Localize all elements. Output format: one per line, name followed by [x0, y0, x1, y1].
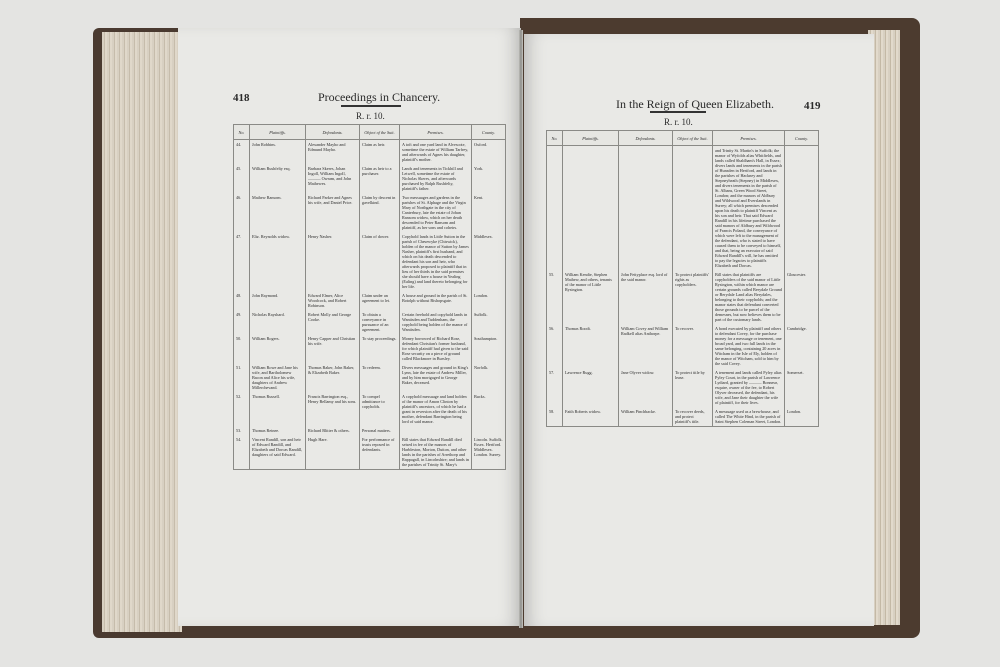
row-number: 55.: [547, 270, 563, 324]
county-cell: Cambridge.: [785, 324, 819, 368]
plaintiffs-cell: Mathew Ransom.: [250, 193, 306, 232]
plaintiffs-cell: Thomas Roodt.: [563, 324, 619, 368]
defendants-cell: John Fettyplace esq. lord of the said ma…: [619, 270, 673, 324]
table-row: 56.Thomas Roodt.William Covey and Willia…: [547, 324, 819, 368]
table-row: 58.Faith Roberts widow.William Pinchback…: [547, 407, 819, 427]
object-cell: Claim under an agreement to let.: [360, 291, 400, 310]
section-mark-left: R. r. 10.: [356, 111, 385, 121]
premises-cell: A messuage used as a brewhouse, and call…: [713, 407, 785, 427]
column-header: Premises.: [400, 125, 472, 140]
page-number-left: 418: [233, 92, 250, 104]
defendants-cell: Thomas Baker, John Baker, & Elizabeth Ba…: [306, 363, 360, 392]
column-header: Object of the Suit.: [360, 125, 400, 140]
object-cell: Claim by descent in gavelkind.: [360, 193, 400, 232]
county-cell: London.: [785, 407, 819, 427]
book-gutter: [519, 30, 523, 628]
defendants-cell: [619, 146, 673, 271]
defendants-cell: Henry Capper and Christian his wife.: [306, 334, 360, 363]
table-row: 57.Lawrence Rugg.Jane Olyver widow.To pr…: [547, 368, 819, 407]
plaintiffs-cell: Faith Roberts widow.: [563, 407, 619, 427]
object-cell: Claim as heir to a purchaser.: [360, 164, 400, 193]
row-number: 48.: [234, 291, 250, 310]
heading-rule-right: [650, 111, 706, 113]
row-number: 49.: [234, 310, 250, 334]
premises-cell: A house and ground in the parish of St. …: [400, 291, 472, 310]
plaintiffs-cell: John Raymond.: [250, 291, 306, 310]
plaintiffs-cell: John Robbins.: [250, 140, 306, 165]
row-number: 46.: [234, 193, 250, 232]
table-row: and Trinity St. Martin's in Suffolk; the…: [547, 146, 819, 271]
column-header: County.: [785, 131, 819, 146]
table-header-row: No. Plaintiffs. Defendants. Object of th…: [547, 131, 819, 146]
page-number-right: 419: [804, 100, 821, 112]
county-cell: Lincoln. Suffolk. Essex. Hertford. Middl…: [472, 435, 506, 470]
county-cell: Gloucester.: [785, 270, 819, 324]
defendants-cell: Barbara Skeres, Johan Ingoll, William In…: [306, 164, 360, 193]
table-row: 44.John Robbins.Alexander Mayho and Edmu…: [234, 140, 506, 165]
plaintiffs-cell: Thomas Reinee.: [250, 426, 306, 435]
county-cell: Southampton.: [472, 334, 506, 363]
plaintiffs-cell: [563, 146, 619, 271]
table-row: 48.John Raymond.Edward Elmer, Alice Wood…: [234, 291, 506, 310]
running-head-right: In the Reign of Queen Elizabeth.: [616, 97, 774, 112]
premises-cell: A bond executed by plaintiff and others …: [713, 324, 785, 368]
table-row: 49.Nicholas Rayshard.Robert Molly and Ge…: [234, 310, 506, 334]
defendants-cell: Edward Elmer, Alice Woodcock, and Robert…: [306, 291, 360, 310]
table-header-row: No. Plaintiffs. Defendants. Object of th…: [234, 125, 506, 140]
column-header: Plaintiffs.: [250, 125, 306, 140]
page-edges-left: [102, 32, 182, 632]
table-row: 51.William Rowe and Jane his wife, and B…: [234, 363, 506, 392]
premises-cell: Bill states that Edward Randill died sei…: [400, 435, 472, 470]
defendants-cell: William Pinchbacke.: [619, 407, 673, 427]
column-header: No.: [234, 125, 250, 140]
defendants-cell: William Covey and William Radkell alias …: [619, 324, 673, 368]
plaintiffs-cell: William Rogers.: [250, 334, 306, 363]
county-cell: [472, 426, 506, 435]
table-row: 54.Vincent Randill, son and heir of Edwa…: [234, 435, 506, 470]
left-page: 418 Proceedings in Chancery. R. r. 10. N…: [178, 28, 521, 626]
defendants-cell: Francis Barrington esq., Henry Bellamy a…: [306, 392, 360, 426]
premises-cell: Money borrowed of Richard Rose, defendan…: [400, 334, 472, 363]
object-cell: [673, 146, 713, 271]
row-number: 44.: [234, 140, 250, 165]
county-cell: London.: [472, 291, 506, 310]
county-cell: Somerset.: [785, 368, 819, 407]
row-number: [547, 146, 563, 271]
table-row: 53.Thomas Reinee.Richard Blitter & other…: [234, 426, 506, 435]
defendants-cell: Henry Nasher.: [306, 232, 360, 291]
plaintiffs-cell: William Kendie, Stephen Mathew, and othe…: [563, 270, 619, 324]
defendants-cell: Jane Olyver widow.: [619, 368, 673, 407]
column-header: No.: [547, 131, 563, 146]
object-cell: To protect plaintiffs' rights as copyhol…: [673, 270, 713, 324]
column-header: Defendants.: [619, 131, 673, 146]
table-row: 50.William Rogers.Henry Capper and Chris…: [234, 334, 506, 363]
row-number: 54.: [234, 435, 250, 470]
defendants-cell: Hugh Hare.: [306, 435, 360, 470]
table-row: 46.Mathew Ransom.Richard Parker and Agne…: [234, 193, 506, 232]
row-number: 51.: [234, 363, 250, 392]
column-header: Defendants.: [306, 125, 360, 140]
row-number: 45.: [234, 164, 250, 193]
premises-cell: Two messuages and gardens in the parishe…: [400, 193, 472, 232]
heading-rule-left: [341, 105, 401, 107]
column-header: Premises.: [713, 131, 785, 146]
county-cell: [785, 146, 819, 271]
premises-cell: and Trinity St. Martin's in Suffolk; the…: [713, 146, 785, 271]
row-number: 57.: [547, 368, 563, 407]
premises-cell: Copyhold lands in Little Sutton in the p…: [400, 232, 472, 291]
plaintiffs-cell: William Rowe and Jane his wife, and Bart…: [250, 363, 306, 392]
column-header: Plaintiffs.: [563, 131, 619, 146]
table-row: 47.Eliz. Reynolds widow.Henry Nasher.Cla…: [234, 232, 506, 291]
object-cell: Claim as heir.: [360, 140, 400, 165]
table-row: 52.Thomas Russell.Francis Barrington esq…: [234, 392, 506, 426]
column-header: Object of the Suit.: [673, 131, 713, 146]
column-header: County.: [472, 125, 506, 140]
premises-cell: Divers messuages and ground in King's Ly…: [400, 363, 472, 392]
defendants-cell: Richard Blitter & others.: [306, 426, 360, 435]
county-cell: Oxford.: [472, 140, 506, 165]
object-cell: Personal matters.: [360, 426, 400, 435]
premises-cell: [400, 426, 472, 435]
county-cell: Middlesex.: [472, 232, 506, 291]
object-cell: For performance of trusts reposed in def…: [360, 435, 400, 470]
county-cell: Suffolk.: [472, 310, 506, 334]
premises-cell: Bill states that plaintiffs are copyhold…: [713, 270, 785, 324]
defendants-cell: Alexander Mayho and Edmund Mayho.: [306, 140, 360, 165]
county-cell: Kent.: [472, 193, 506, 232]
row-number: 47.: [234, 232, 250, 291]
row-number: 53.: [234, 426, 250, 435]
county-cell: York.: [472, 164, 506, 193]
defendants-cell: Robert Molly and George Cooke.: [306, 310, 360, 334]
plaintiffs-cell: Lawrence Rugg.: [563, 368, 619, 407]
plaintiffs-cell: Thomas Russell.: [250, 392, 306, 426]
running-head-left: Proceedings in Chancery.: [318, 90, 440, 105]
premises-cell: Certain freehold and copyhold lands in W…: [400, 310, 472, 334]
object-cell: To obtain a conveyance in pursuance of a…: [360, 310, 400, 334]
row-number: 56.: [547, 324, 563, 368]
premises-cell: A copyhold messuage and land holden of t…: [400, 392, 472, 426]
premises-cell: A tenement and lands called Pyley alias …: [713, 368, 785, 407]
object-cell: To recover.: [673, 324, 713, 368]
county-cell: Bucks.: [472, 392, 506, 426]
table-row: 55.William Kendie, Stephen Mathew, and o…: [547, 270, 819, 324]
county-cell: Norfolk.: [472, 363, 506, 392]
object-cell: Claim of dower.: [360, 232, 400, 291]
plaintiffs-cell: Vincent Randill, son and heir of Edward …: [250, 435, 306, 470]
section-mark-right: R. r. 10.: [664, 117, 693, 127]
plaintiffs-cell: Eliz. Reynolds widow.: [250, 232, 306, 291]
ledger-table-right: No. Plaintiffs. Defendants. Object of th…: [546, 130, 819, 427]
object-cell: To stay proceedings.: [360, 334, 400, 363]
premises-cell: A toft and one yard land in Alvescote, s…: [400, 140, 472, 165]
right-page: In the Reign of Queen Elizabeth. 419 R. …: [524, 34, 874, 626]
object-cell: To redeem.: [360, 363, 400, 392]
object-cell: To protect title by lease.: [673, 368, 713, 407]
plaintiffs-cell: Nicholas Rayshard.: [250, 310, 306, 334]
row-number: 52.: [234, 392, 250, 426]
table-row: 45.William Rushfelty esq.Barbara Skeres,…: [234, 164, 506, 193]
plaintiffs-cell: William Rushfelty esq.: [250, 164, 306, 193]
row-number: 50.: [234, 334, 250, 363]
ledger-table-left: No. Plaintiffs. Defendants. Object of th…: [233, 124, 506, 470]
object-cell: To recover deeds, and protect plaintiff'…: [673, 407, 713, 427]
object-cell: To compel admittance to copyholds.: [360, 392, 400, 426]
defendants-cell: Richard Parker and Agnes his wife, and D…: [306, 193, 360, 232]
premises-cell: Lands and tenements in Tickhill and Letw…: [400, 164, 472, 193]
row-number: 58.: [547, 407, 563, 427]
